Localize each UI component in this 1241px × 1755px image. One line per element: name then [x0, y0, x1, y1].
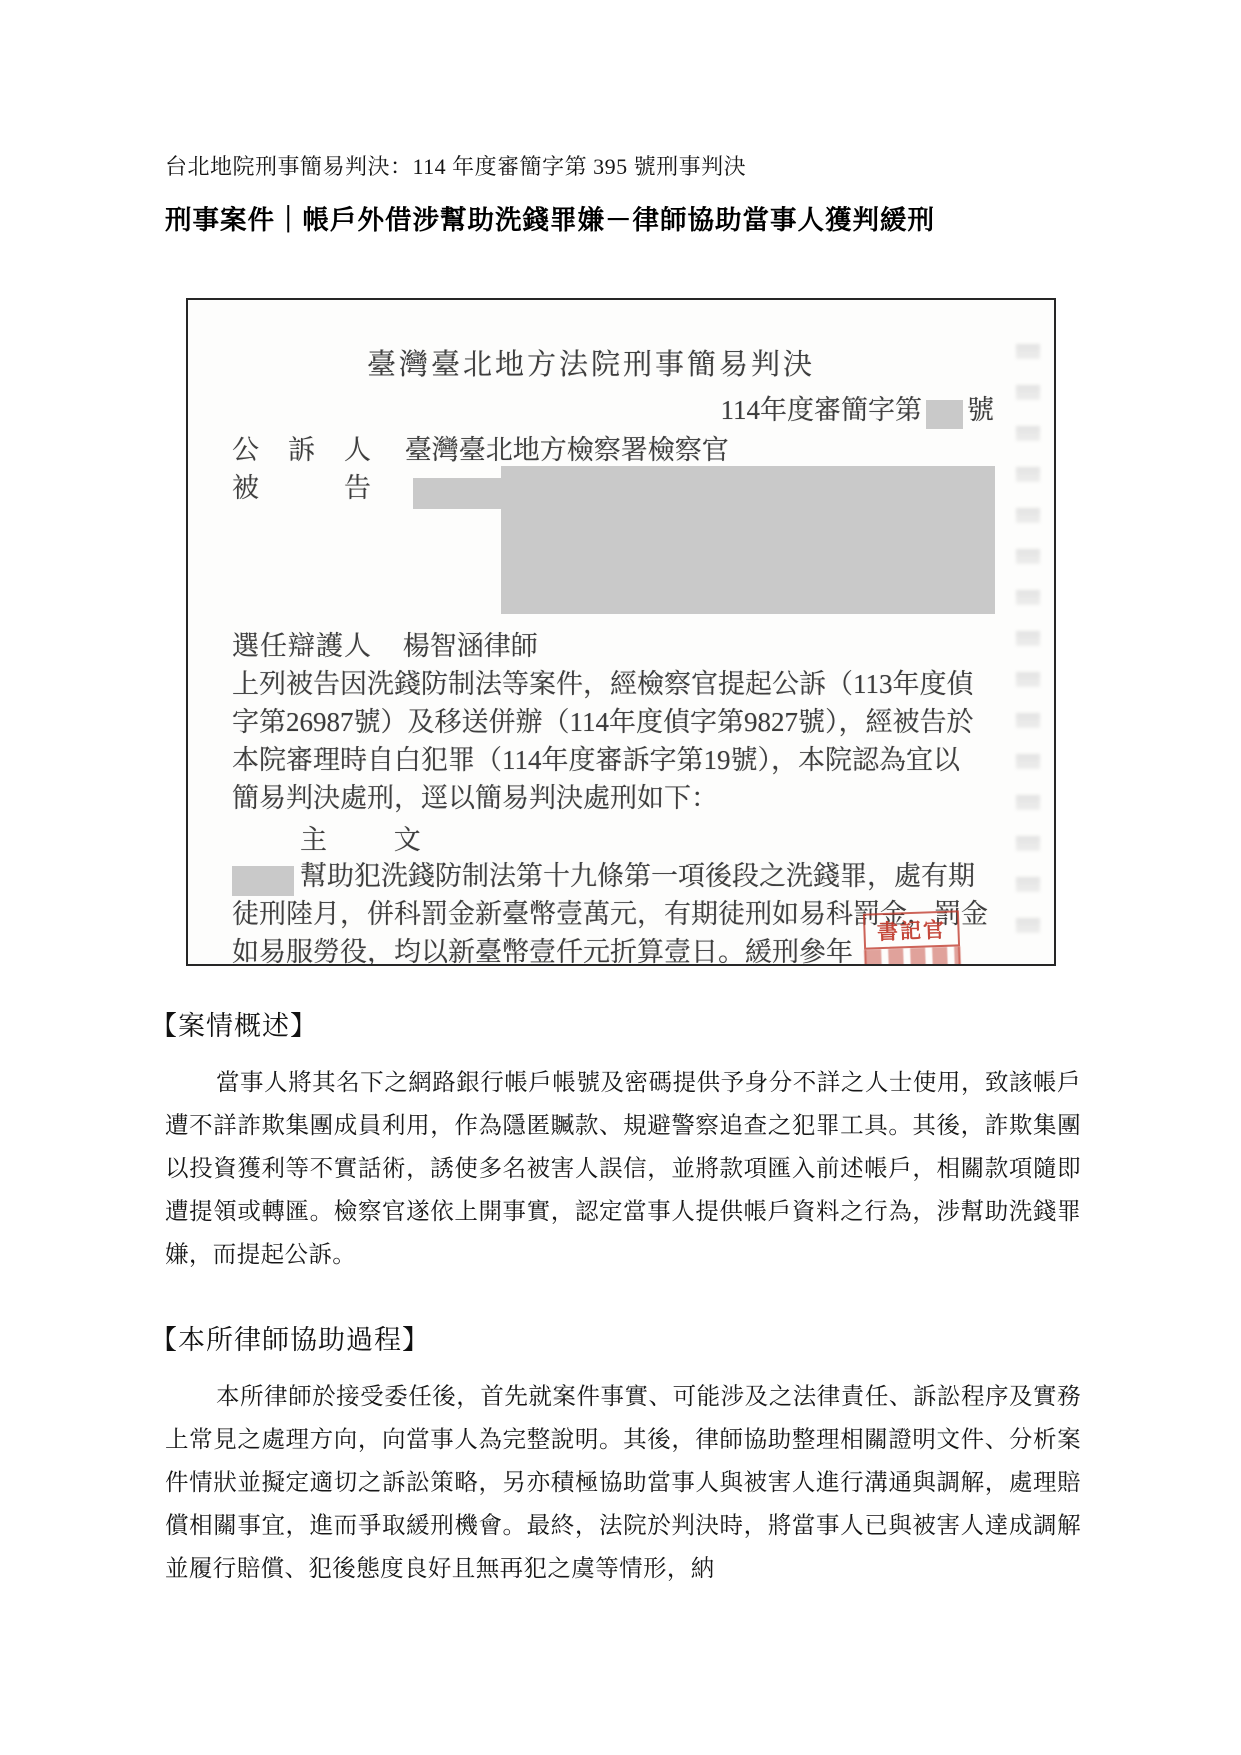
- section-heading-case-summary: 【案情概述】: [150, 1004, 318, 1043]
- prosecutor-value: 臺灣臺北地方檢察署檢察官: [405, 435, 729, 465]
- counsel-value: 楊智涵律師: [403, 631, 538, 661]
- defendant-info-redaction: [501, 466, 995, 614]
- scan-paragraph-line: 本院審理時自白犯罪（114年度審訴字第19號），本院認為宜以: [232, 738, 994, 777]
- case-number-prefix: 114年度審簡字第: [721, 395, 923, 425]
- scan-bleedthrough-artifacts: [1016, 344, 1040, 956]
- scan-paragraph-line: 字第26987號）及移送併辦（114年度偵字第9827號），經被告於: [232, 700, 994, 739]
- article-page: 台北地院刑事簡易判決：114 年度審簡字第 395 號刑事判決 刑事案件｜帳戶外…: [0, 0, 1241, 1755]
- section-paragraph-lawyer-assistance: 本所律師於接受委任後，首先就案件事實、可能涉及之法律責任、訴訟程序及實務上常見之…: [165, 1376, 1081, 1591]
- scan-paragraph-line: 簡易判決處刑，逕以簡易判決處刑如下：: [232, 776, 994, 815]
- prosecutor-row: 公 訴 人 臺灣臺北地方檢察署檢察官: [232, 428, 994, 467]
- article-title: 刑事案件｜帳戶外借涉幫助洗錢罪嫌－律師協助當事人獲判緩刑: [165, 198, 935, 237]
- clerk-stamp: 書記官: [863, 910, 961, 966]
- case-number-suffix: 號: [967, 395, 994, 425]
- clerk-stamp-signature-partial: [864, 946, 961, 966]
- court-case-reference-line: 台北地院刑事簡易判決：114 年度審簡字第 395 號刑事判決: [165, 150, 746, 181]
- section-heading-lawyer-assistance: 【本所律師協助過程】: [150, 1318, 430, 1357]
- case-number-line: 114年度審簡字第號: [232, 388, 994, 427]
- verdict-line-text: 幫助犯洗錢防制法第十九條第一項後段之洗錢罪，處有期: [300, 861, 975, 891]
- judgment-scan-image: 臺灣臺北地方法院刑事簡易判決 114年度審簡字第號 公 訴 人 臺灣臺北地方檢察…: [186, 298, 1056, 966]
- main-text-zhu: 主: [300, 825, 327, 855]
- defendant-name-redaction: [413, 478, 510, 509]
- case-number-redaction: [926, 400, 963, 429]
- main-text-label: 主 文: [232, 818, 994, 857]
- prosecutor-label: 公 訴 人: [232, 428, 372, 467]
- defense-counsel-row: 選任辯護人 楊智涵律師: [232, 624, 994, 663]
- clerk-stamp-text: 書記官: [863, 910, 960, 949]
- scan-paragraph-line: 上列被告因洗錢防制法等案件，經檢察官提起公訴（113年度偵: [232, 662, 994, 701]
- section-paragraph-case-summary: 當事人將其名下之網路銀行帳戶帳號及密碼提供予身分不詳之人士使用，致該帳戶遭不詳詐…: [165, 1062, 1081, 1277]
- judgment-title: 臺灣臺北地方法院刑事簡易判決: [210, 342, 972, 383]
- defendant-label: 被 告: [232, 466, 372, 505]
- counsel-label: 選任辯護人: [232, 624, 372, 663]
- verdict-line: 幫助犯洗錢防制法第十九條第一項後段之洗錢罪，處有期: [232, 854, 994, 893]
- main-text-wen: 文: [394, 825, 421, 855]
